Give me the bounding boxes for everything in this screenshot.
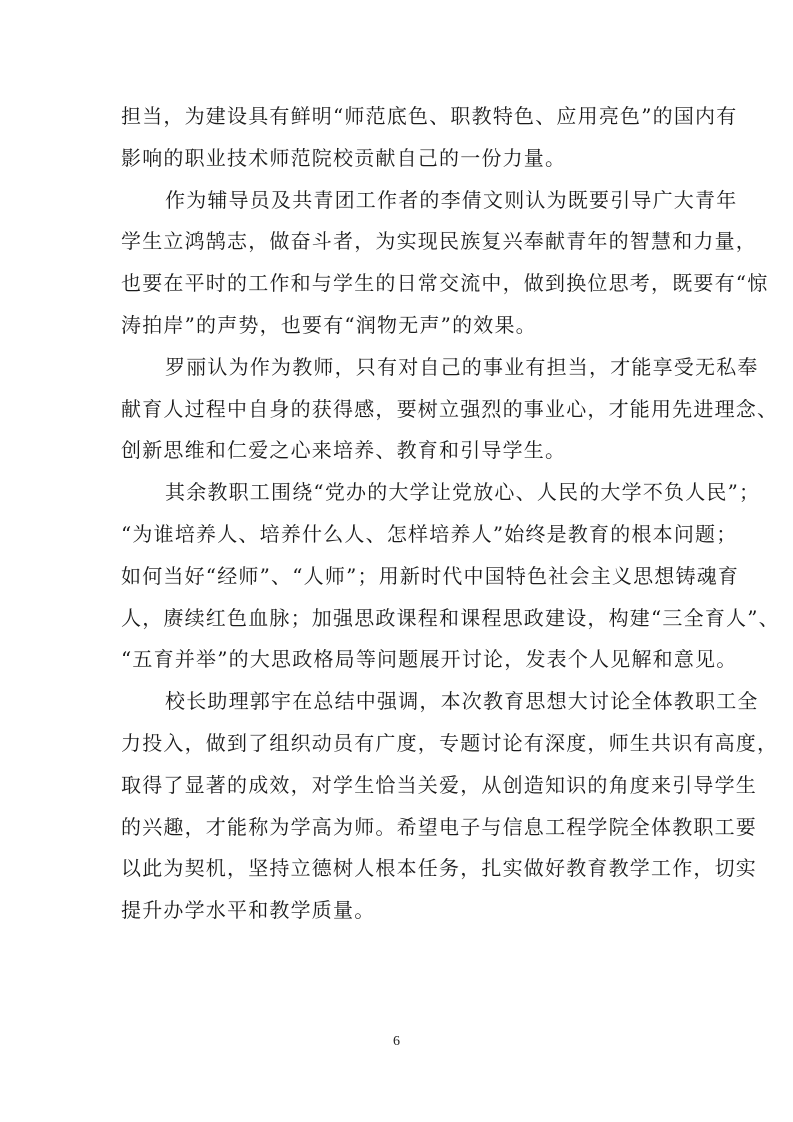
text-line: 担当，为建设具有鲜明“师范底色、职教特色、应用亮色”的国内有 [121,96,673,138]
text-line: 提升办学水平和教学质量。 [121,890,673,932]
text-line: 以此为契机，坚持立德树人根本任务，扎实做好教育教学工作，切实 [121,848,673,890]
text-line: 的兴趣，才能称为学高为师。希望电子与信息工程学院全体教职工要 [121,807,673,849]
text-line: 也要在平时的工作和与学生的日常交流中，做到换位思考，既要有“惊 [121,263,673,305]
text-line: 力投入，做到了组织动员有广度，专题讨论有深度，师生共识有高度， [121,723,673,765]
text-line: 校长助理郭宇在总结中强调，本次教育思想大讨论全体教职工全 [121,681,673,723]
document-page: 担当，为建设具有鲜明“师范底色、职教特色、应用亮色”的国内有 影响的职业技术师范… [0,0,793,1122]
text-line: 献育人过程中自身的获得感，要树立强烈的事业心，才能用先进理念、 [121,389,673,431]
page-number: 6 [0,1034,793,1050]
text-line: 涛拍岸”的声势，也要有“润物无声”的效果。 [121,305,673,347]
text-line: 如何当好“经师”、“人师”；用新时代中国特色社会主义思想铸魂育 [121,556,673,598]
text-line: 其余教职工围绕“党办的大学让党放心、人民的大学不负人民”； [121,472,673,514]
text-line: 罗丽认为作为教师，只有对自己的事业有担当，才能享受无私奉 [121,347,673,389]
text-line: “五育并举”的大思政格局等问题展开讨论，发表个人见解和意见。 [121,639,673,681]
text-line: 取得了显著的成效，对学生恰当关爱，从创造知识的角度来引导学生 [121,765,673,807]
text-line: 学生立鸿鹄志，做奋斗者，为实现民族复兴奉献青年的智慧和力量， [121,221,673,263]
text-line: 影响的职业技术师范院校贡献自己的一份力量。 [121,138,673,180]
document-body: 担当，为建设具有鲜明“师范底色、职教特色、应用亮色”的国内有 影响的职业技术师范… [121,96,673,932]
text-line: 创新思维和仁爱之心来培养、教育和引导学生。 [121,430,673,472]
text-line: “为谁培养人、培养什么人、怎样培养人”始终是教育的根本问题； [121,514,673,556]
text-line: 作为辅导员及共青团工作者的李倩文则认为既要引导广大青年 [121,180,673,222]
text-line: 人，赓续红色血脉；加强思政课程和课程思政建设，构建“三全育人”、 [121,598,673,640]
